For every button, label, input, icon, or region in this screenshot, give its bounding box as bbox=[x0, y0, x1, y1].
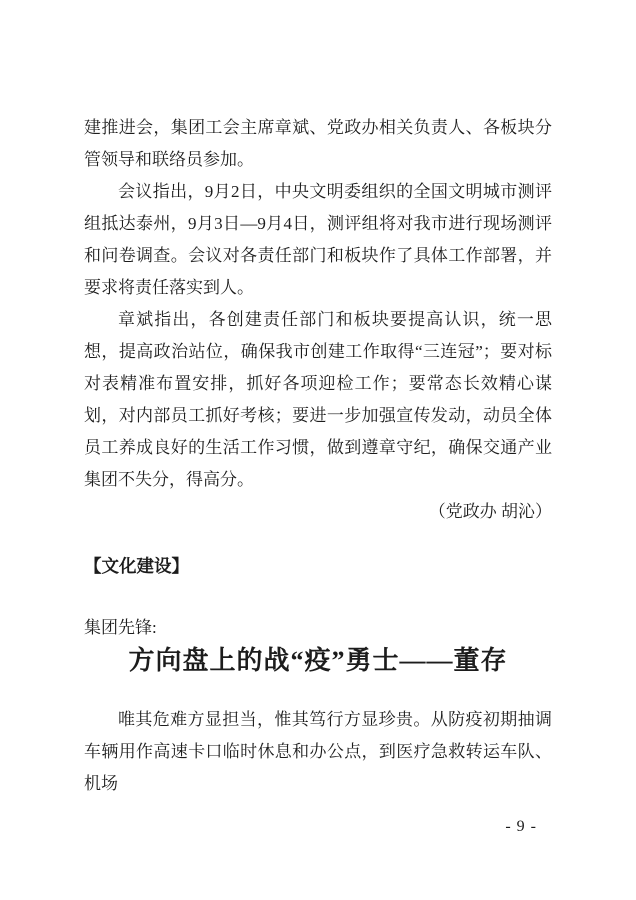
section-header: 【文化建设】 bbox=[84, 550, 552, 582]
page-content: 建推进会，集团工会主席章斌、党政办相关负责人、各板块分管领导和联络员参加。 会议… bbox=[84, 112, 552, 800]
body-paragraph: 建推进会，集团工会主席章斌、党政办相关负责人、各板块分管领导和联络员参加。 bbox=[84, 112, 552, 176]
article-kicker: 集团先锋: bbox=[84, 612, 552, 644]
article-title: 方向盘上的战“疫”勇士——董存 bbox=[84, 644, 552, 678]
page-number: - 9 - bbox=[505, 818, 537, 836]
body-paragraph: 章斌指出，各创建责任部门和板块要提高认识，统一思想，提高政治站位，确保我市创建工… bbox=[84, 304, 552, 496]
body-paragraph: 会议指出，9月2日，中央文明委组织的全国文明城市测评组抵达泰州，9月3日—9月4… bbox=[84, 176, 552, 304]
signature-line: （党政办 胡沁） bbox=[84, 496, 552, 528]
document-page: 建推进会，集团工会主席章斌、党政办相关负责人、各板块分管领导和联络员参加。 会议… bbox=[0, 0, 636, 900]
article-paragraph: 唯其危难方显担当，惟其笃行方显珍贵。从防疫初期抽调车辆用作高速卡口临时休息和办公… bbox=[84, 704, 552, 800]
